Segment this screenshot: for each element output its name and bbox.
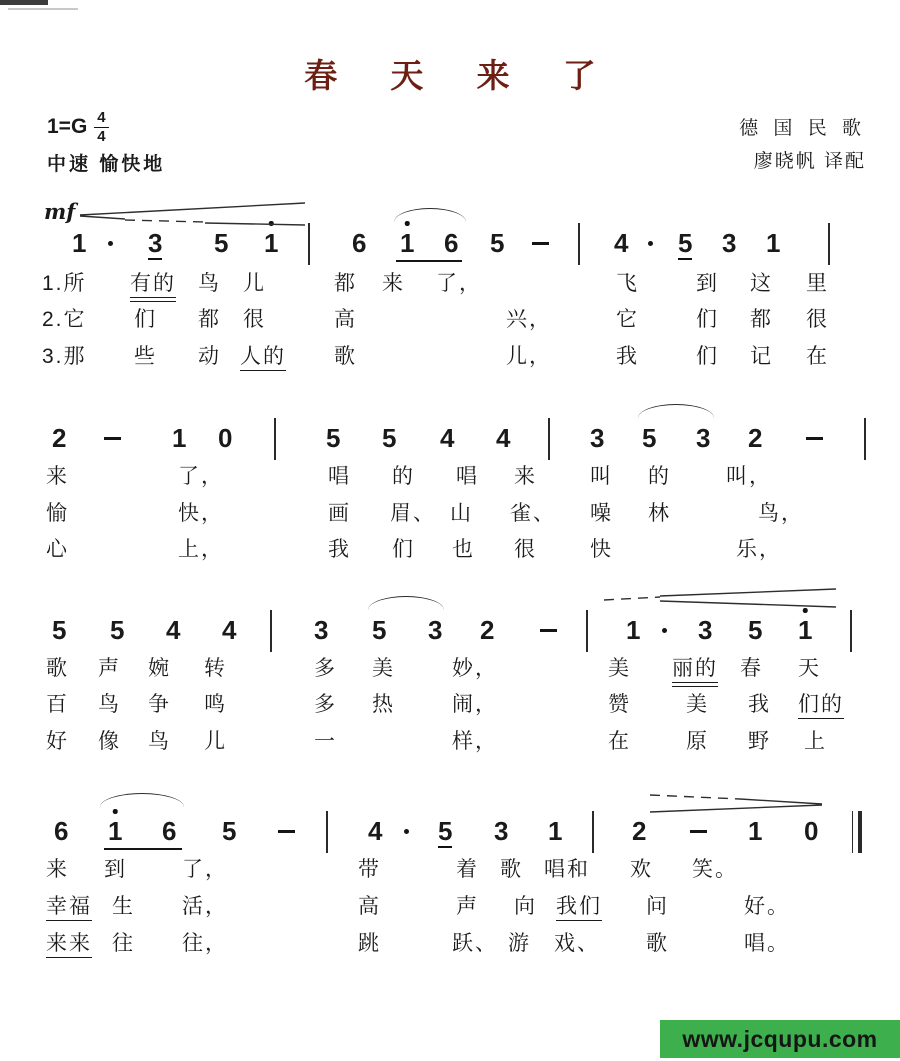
note-digit: 3 — [148, 230, 162, 260]
hairpin-segment — [604, 597, 660, 600]
note-digit: 5 — [326, 425, 340, 451]
lyric-syllable: 唱。 — [744, 932, 790, 956]
lyric-syllable: 来 — [46, 858, 69, 882]
note-digit: 4 — [222, 617, 236, 643]
slur-arc — [368, 596, 444, 610]
note-digit: 1 — [172, 425, 186, 451]
time-signature-denominator: 4 — [97, 128, 105, 145]
note-digit: 5 — [748, 617, 762, 643]
lyric-syllable: 鸟 — [98, 693, 121, 717]
barline — [308, 223, 310, 265]
note-digit: 1 — [766, 230, 780, 256]
lyric-syllable: 百 — [46, 693, 69, 717]
note-digit: 5 — [110, 617, 124, 643]
lyric-syllable: 些 — [134, 345, 157, 369]
lyric-syllable: 声 — [456, 895, 479, 919]
lyric-syllable: 生 — [112, 895, 135, 919]
hairpin-segment — [80, 216, 125, 219]
note-digit: 0 — [804, 818, 818, 844]
slur-arc — [638, 404, 714, 418]
lyric-syllable: 像 — [98, 730, 121, 754]
lyric-syllable: 游 — [508, 932, 531, 956]
lyric-syllable: 我 — [328, 538, 351, 562]
lyric-syllable: 我 — [616, 345, 639, 369]
lyric-syllable: 叫， — [726, 465, 772, 489]
slur-arc — [394, 208, 466, 222]
hairpin-segment — [80, 203, 305, 215]
lyric-syllable: 歌 — [646, 932, 669, 956]
lyric-syllable: 跳 — [358, 932, 381, 956]
note-digit: 1 — [264, 230, 278, 256]
note-digit: 4 — [496, 425, 510, 451]
note-digit: 2 — [632, 818, 646, 844]
lyric-syllable: 的 — [392, 465, 415, 489]
lyric-syllable: 眉、 — [390, 502, 436, 526]
lyric-syllable: 的 — [648, 465, 671, 489]
lyric-syllable: 唱 — [456, 465, 479, 489]
lyric-syllable: 飞 — [616, 272, 639, 296]
note-digit: 3 — [698, 617, 712, 643]
note-digit: 6 — [162, 818, 176, 844]
hairpin-segment — [660, 589, 836, 596]
augmentation-dot — [662, 628, 667, 633]
lyric-syllable: 来 — [382, 272, 405, 296]
lyric-syllable: 人的 — [240, 345, 286, 371]
lyric-syllable: 转 — [204, 657, 227, 681]
note-digit: 3 — [314, 617, 328, 643]
hairpin-segment — [650, 795, 740, 799]
lyric-syllable: 很 — [806, 308, 829, 332]
watermark-url: www.jcqupu.com — [682, 1026, 877, 1053]
lyric-syllable: 歌 — [500, 858, 523, 882]
lyric-syllable: 们 — [696, 345, 719, 369]
lyric-syllable: 动 — [198, 345, 221, 369]
lyric-syllable: 乐， — [736, 538, 782, 562]
lyric-syllable: 儿， — [506, 345, 552, 369]
note-digit: 0 — [218, 425, 232, 451]
note-digit: 5 — [678, 230, 692, 260]
lyric-syllable: 妙， — [452, 657, 498, 681]
lyric-syllable: 丽的 — [672, 657, 718, 683]
lyric-syllable: 我 — [748, 693, 771, 717]
tempo-marking: 中速 愉快地 — [47, 149, 165, 176]
lyric-syllable: 们 — [696, 308, 719, 332]
lyric-syllable: 快 — [590, 538, 613, 562]
lyric-syllable: 来 — [514, 465, 537, 489]
barline — [548, 418, 550, 460]
lyric-syllable: 高 — [334, 308, 357, 332]
scan-artifact-faint — [8, 8, 78, 10]
lyric-syllable: 记 — [750, 345, 773, 369]
key-signature: 1=G 4 4 — [47, 110, 109, 145]
lyric-syllable: 鸟 — [148, 730, 171, 754]
note-digit: 6 — [54, 818, 68, 844]
barline — [850, 610, 852, 652]
note-digit: 3 — [590, 425, 604, 451]
lyric-syllable: 这 — [750, 272, 773, 296]
lyric-syllable: 儿 — [204, 730, 227, 754]
lyric-syllable: 往 — [112, 932, 135, 956]
note-digit: 1 — [748, 818, 762, 844]
lyric-syllable: 都 — [334, 272, 357, 296]
note-digit: 1 — [400, 230, 414, 256]
lyric-syllable: 都 — [750, 308, 773, 332]
time-signature-numerator: 4 — [94, 110, 108, 128]
lyric-syllable: 了， — [182, 858, 228, 882]
lyric-syllable: 了， — [436, 272, 482, 296]
hairpin-segment — [125, 220, 205, 222]
barline — [274, 418, 276, 460]
augmentation-dot — [108, 241, 113, 246]
note-digit: 4 — [440, 425, 454, 451]
lyric-syllable: 美 — [608, 657, 631, 681]
hairpin-segment — [650, 805, 822, 812]
lyric-syllable: 1.所 — [42, 272, 87, 296]
lyric-syllable: 春 — [740, 657, 763, 681]
lyric-syllable: 唱和 — [544, 858, 590, 882]
slur-arc — [100, 793, 184, 807]
lyric-syllable: 向 — [514, 895, 537, 919]
lyric-syllable: 美 — [372, 657, 395, 681]
note-digit: 6 — [352, 230, 366, 256]
hairpin-segment — [660, 601, 836, 607]
lyric-syllable: 鸟 — [198, 272, 221, 296]
lyric-syllable: 3.那 — [42, 345, 87, 369]
lyric-syllable: 了， — [178, 465, 224, 489]
lyric-syllable: 来来 — [46, 932, 92, 958]
note-digit: 6 — [444, 230, 458, 256]
lyric-syllable: 好 — [46, 730, 69, 754]
lyric-syllable: 一 — [314, 730, 337, 754]
lyric-syllable: 来 — [46, 465, 69, 489]
lyric-syllable: 心 — [46, 538, 69, 562]
key-signature-text: 1=G — [47, 115, 87, 139]
lyric-syllable: 噪 — [590, 502, 613, 526]
lyric-syllable: 里 — [806, 272, 829, 296]
lyric-syllable: 跃、 — [452, 932, 498, 956]
note-digit: 5 — [214, 230, 228, 256]
scan-artifact — [0, 0, 48, 5]
lyric-syllable: 赞 — [608, 693, 631, 717]
lyric-syllable: 原 — [686, 730, 709, 754]
lyric-syllable: 野 — [748, 730, 771, 754]
lyric-syllable: 婉 — [148, 657, 171, 681]
note-digit: 4 — [614, 230, 628, 256]
lyric-syllable: 多 — [314, 657, 337, 681]
note-digit: 3 — [428, 617, 442, 643]
watermark-banner: www.jcqupu.com — [660, 1020, 900, 1058]
final-barline — [852, 811, 862, 853]
lyric-syllable: 兴， — [506, 308, 552, 332]
lyric-syllable: 也 — [452, 538, 475, 562]
lyric-syllable: 我们 — [556, 895, 602, 921]
lyric-syllable: 带 — [358, 858, 381, 882]
note-digit: 5 — [372, 617, 386, 643]
note-digit: 5 — [438, 818, 452, 848]
lyric-syllable: 到 — [696, 272, 719, 296]
lyric-syllable: 们 — [134, 308, 157, 332]
lyric-syllable: 愉 — [46, 502, 69, 526]
note-digit: 1 — [798, 617, 812, 643]
note-digit: 5 — [52, 617, 66, 643]
lyric-syllable: 问 — [646, 895, 669, 919]
duration-dash — [532, 242, 549, 245]
note-digit: 4 — [166, 617, 180, 643]
barline — [326, 811, 328, 853]
lyric-syllable: 到 — [104, 858, 127, 882]
lyric-syllable: 2.它 — [42, 308, 87, 332]
note-digit: 3 — [494, 818, 508, 844]
augmentation-dot — [648, 241, 653, 246]
note-digit: 5 — [490, 230, 504, 256]
lyric-syllable: 山 — [450, 502, 473, 526]
page-title: 春 天 来 了 — [0, 50, 900, 97]
lyric-syllable: 上 — [804, 730, 827, 754]
eighth-beam — [396, 260, 462, 262]
lyric-syllable: 声 — [98, 657, 121, 681]
lyric-syllable: 笑。 — [692, 858, 738, 882]
lyric-syllable: 林 — [648, 502, 671, 526]
lyric-syllable: 往， — [182, 932, 228, 956]
lyric-syllable: 热 — [372, 693, 395, 717]
translator-credit: 廖晓帆 译配 — [754, 146, 866, 173]
barline — [586, 610, 588, 652]
lyric-syllable: 鸣 — [204, 693, 227, 717]
lyric-syllable: 在 — [806, 345, 829, 369]
note-digit: 4 — [368, 818, 382, 844]
lyric-syllable: 争 — [148, 693, 171, 717]
lyric-syllable: 很 — [243, 308, 266, 332]
barline — [578, 223, 580, 265]
lyric-syllable: 多 — [314, 693, 337, 717]
note-digit: 1 — [626, 617, 640, 643]
barline — [864, 418, 866, 460]
lyric-syllable: 样， — [452, 730, 498, 754]
lyric-syllable: 戏、 — [554, 932, 600, 956]
note-digit: 3 — [722, 230, 736, 256]
note-digit: 3 — [696, 425, 710, 451]
duration-dash — [806, 437, 823, 440]
barline — [592, 811, 594, 853]
note-digit: 5 — [642, 425, 656, 451]
lyric-syllable: 都 — [198, 308, 221, 332]
note-digit: 5 — [222, 818, 236, 844]
duration-dash — [104, 437, 121, 440]
note-digit: 2 — [748, 425, 762, 451]
lyric-syllable: 美 — [686, 693, 709, 717]
hairpin-segment — [740, 799, 822, 804]
duration-dash — [278, 830, 295, 833]
note-digit: 2 — [480, 617, 494, 643]
lyric-syllable: 它 — [616, 308, 639, 332]
lyric-syllable: 有的 — [130, 272, 176, 298]
lyric-syllable: 儿 — [243, 272, 266, 296]
note-digit: 1 — [72, 230, 86, 256]
duration-dash — [690, 830, 707, 833]
lyric-syllable: 们的 — [798, 693, 844, 719]
lyric-syllable: 雀、 — [510, 502, 556, 526]
lyric-syllable: 快， — [178, 502, 224, 526]
lyric-syllable: 歌 — [46, 657, 69, 681]
lyric-syllable: 欢 — [630, 858, 653, 882]
lyric-syllable: 着 — [456, 858, 479, 882]
note-digit: 2 — [52, 425, 66, 451]
note-digit: 1 — [548, 818, 562, 844]
barline — [828, 223, 830, 265]
duration-dash — [540, 629, 557, 632]
hairpin-segment — [205, 223, 305, 225]
lyric-syllable: 上， — [178, 538, 224, 562]
augmentation-dot — [404, 829, 409, 834]
lyric-syllable: 唱 — [328, 465, 351, 489]
barline — [270, 610, 272, 652]
note-digit: 5 — [382, 425, 396, 451]
eighth-beam — [104, 848, 182, 850]
lyric-syllable: 很 — [514, 538, 537, 562]
lyric-syllable: 活， — [182, 895, 228, 919]
lyric-syllable: 天 — [798, 657, 821, 681]
sheet-page: 春 天 来 了 1=G 4 4 中速 愉快地 德 国 民 歌 廖晓帆 译配 mf… — [0, 0, 900, 1061]
time-signature: 4 4 — [94, 110, 108, 145]
lyric-syllable: 鸟， — [758, 502, 804, 526]
lyric-syllable: 闹， — [452, 693, 498, 717]
dynamic-marking: mf — [44, 199, 75, 224]
lyric-syllable: 高 — [358, 895, 381, 919]
lyric-syllable: 们 — [392, 538, 415, 562]
lyric-syllable: 画 — [328, 502, 351, 526]
lyric-syllable: 幸福 — [46, 895, 92, 921]
source-credit: 德 国 民 歌 — [739, 113, 866, 140]
note-digit: 1 — [108, 818, 122, 844]
lyric-syllable: 好。 — [744, 895, 790, 919]
lyric-syllable: 歌 — [334, 345, 357, 369]
lyric-syllable: 在 — [608, 730, 631, 754]
lyric-syllable: 叫 — [590, 465, 613, 489]
